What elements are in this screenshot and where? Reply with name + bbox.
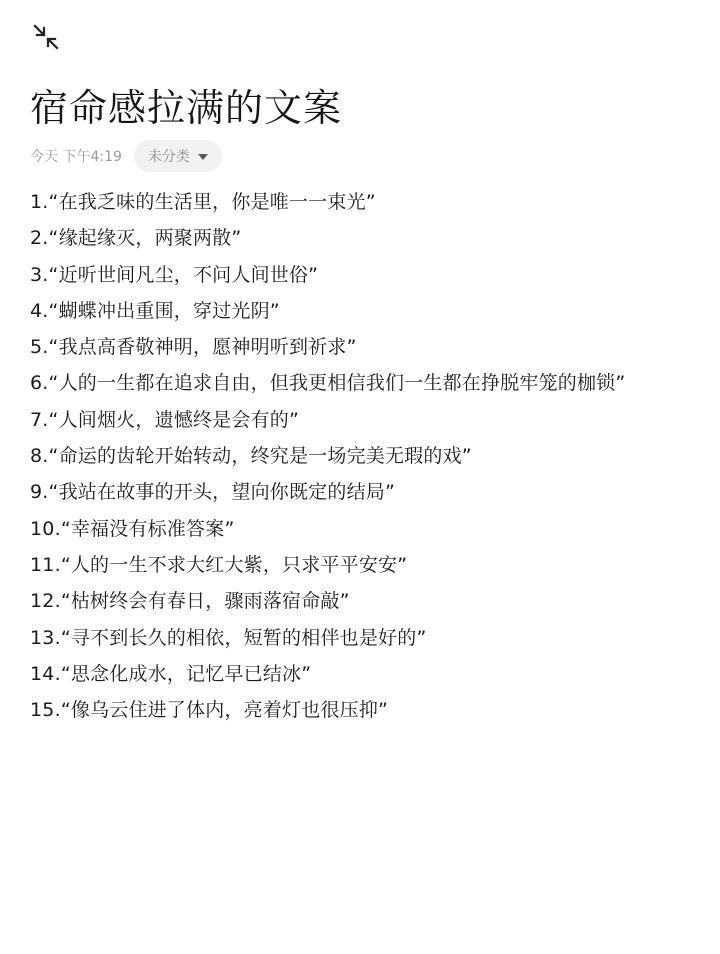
note-title[interactable]: 宿命感拉满的文案 xyxy=(30,82,342,134)
note-body[interactable]: 1.“在我乏味的生活里，你是唯一一束光” 2.“缘起缘灭，两聚两散” 3.“近听… xyxy=(30,184,710,728)
note-line: 3.“近听世间凡尘，不问人间世俗” xyxy=(30,257,710,293)
note-line: 1.“在我乏味的生活里，你是唯一一束光” xyxy=(30,184,710,220)
collapse-button[interactable] xyxy=(30,22,62,52)
note-line: 12.“枯树终会有春日，骤雨落宿命敲” xyxy=(30,583,710,619)
note-line: 10.“幸福没有标准答案” xyxy=(30,511,710,547)
category-dropdown[interactable]: 未分类 xyxy=(134,140,222,172)
collapse-arrows-icon xyxy=(32,23,60,51)
note-line: 14.“思念化成水，记忆早已结冰” xyxy=(30,656,710,692)
note-line: 8.“命运的齿轮开始转动，终究是一场完美无瑕的戏” xyxy=(30,438,710,474)
category-label: 未分类 xyxy=(148,146,190,166)
timestamp: 今天 下午4:19 xyxy=(30,146,122,166)
note-line: 11.“人的一生不求大红大紫，只求平平安安” xyxy=(30,547,710,583)
note-line: 13.“寻不到长久的相依，短暂的相伴也是好的” xyxy=(30,620,710,656)
note-line: 9.“我站在故事的开头，望向你既定的结局” xyxy=(30,474,710,510)
note-line: 7.“人间烟火，遗憾终是会有的” xyxy=(30,402,710,438)
note-line: 6.“人的一生都在追求自由，但我更相信我们一生都在挣脱牢笼的枷锁” xyxy=(30,365,710,401)
note-line: 5.“我点高香敬神明，愿神明听到祈求” xyxy=(30,329,710,365)
note-line: 4.“蝴蝶冲出重围，穿过光阴” xyxy=(30,293,710,329)
note-line: 15.“像乌云住进了体内，亮着灯也很压抑” xyxy=(30,692,710,728)
caret-down-icon xyxy=(198,154,208,160)
note-meta: 今天 下午4:19 未分类 xyxy=(30,140,222,172)
note-line: 2.“缘起缘灭，两聚两散” xyxy=(30,220,710,256)
